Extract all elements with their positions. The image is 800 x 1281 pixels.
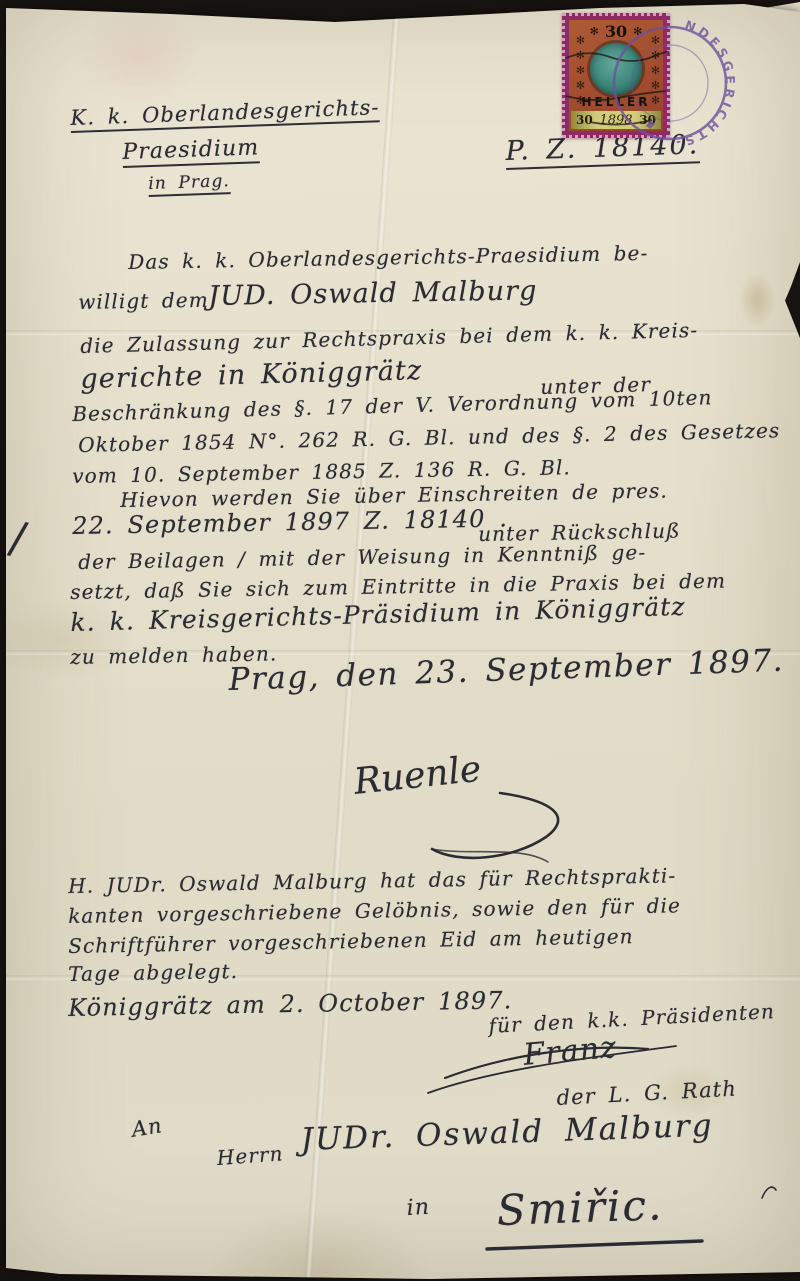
stamp-ornament-icon: ✻: [590, 22, 599, 42]
body-line: Das k. k. Oberlandesgerichts-Praesidium …: [128, 241, 649, 274]
revenue-stamp-field: ✻✻✻✻✻✻ ✻✻✻✻✻✻ ✻ 30 ✻ HELLER 30 1898 30: [569, 20, 663, 131]
attestation-place-date: Königgrätz am 2. October 1897.: [68, 986, 513, 1022]
stamp-band-year: 1898: [599, 113, 632, 128]
address-name: JUDr. Oswald Malburg: [300, 1108, 714, 1158]
margin-mark: ∕: [5, 512, 31, 565]
address-an: An: [130, 1113, 164, 1142]
stamp-currency: HELLER: [569, 95, 663, 109]
stamp-value: 30: [605, 22, 627, 42]
attestation-line: Tage abgelegt.: [68, 959, 238, 986]
president-signature: Ruenle: [352, 749, 483, 803]
letterhead-line-2: Praesidium: [122, 135, 260, 168]
revenue-stamp: ✻✻✻✻✻✻ ✻✻✻✻✻✻ ✻ 30 ✻ HELLER 30 1898 30: [562, 13, 670, 138]
attestation-line: Schriftführer vorgeschriebenen Eid am he…: [68, 924, 634, 958]
attestation-line: kanten vorgeschriebene Gelöbnis, sowie d…: [68, 893, 681, 928]
address-herrn: Herrn: [216, 1141, 284, 1170]
stamp-band-left: 30: [576, 113, 593, 127]
body-line: willigt dem: [78, 288, 209, 314]
stamp-medallion: [590, 43, 642, 95]
paper-wrap: K. k. Oberlandesgerichts- Praesidium in …: [0, 0, 800, 1281]
vertical-fold-crease: [304, 0, 401, 1281]
stamp-ornament-icon: ✻: [633, 22, 642, 42]
signer-title: der L. G. Rath: [556, 1077, 737, 1110]
body-line: Oktober 1854 N°. 262 R. G. Bl. und des §…: [78, 418, 780, 457]
stamp-band: 30 1898 30: [571, 111, 661, 129]
address-place: Smiřic.: [496, 1180, 664, 1235]
letter-paper: K. k. Oberlandesgerichts- Praesidium in …: [0, 0, 800, 1281]
for-president-line: für den k.k. Präsidenten: [488, 999, 776, 1038]
attestation-line: H. JUDr. Oswald Malburg hat das für Rech…: [68, 863, 676, 898]
letterhead-line-1: K. k. Oberlandesgerichts-: [70, 95, 380, 133]
letterhead-line-3: in Prag.: [148, 171, 230, 197]
body-line: die Zulassung zur Rechtspraxis bei dem k…: [80, 318, 698, 358]
deputy-signature: Franz: [522, 1030, 618, 1073]
body-line: der Beilagen / mit der Weisung in Kenntn…: [78, 540, 646, 574]
address-in: in: [406, 1195, 431, 1221]
stamp-band-right: 30: [639, 113, 656, 127]
stamp-value-row: ✻ 30 ✻: [569, 22, 663, 42]
grantee-name: JUD. Oswald Malburg: [208, 275, 538, 312]
photographed-document: K. k. Oberlandesgerichts- Praesidium in …: [0, 0, 800, 1281]
